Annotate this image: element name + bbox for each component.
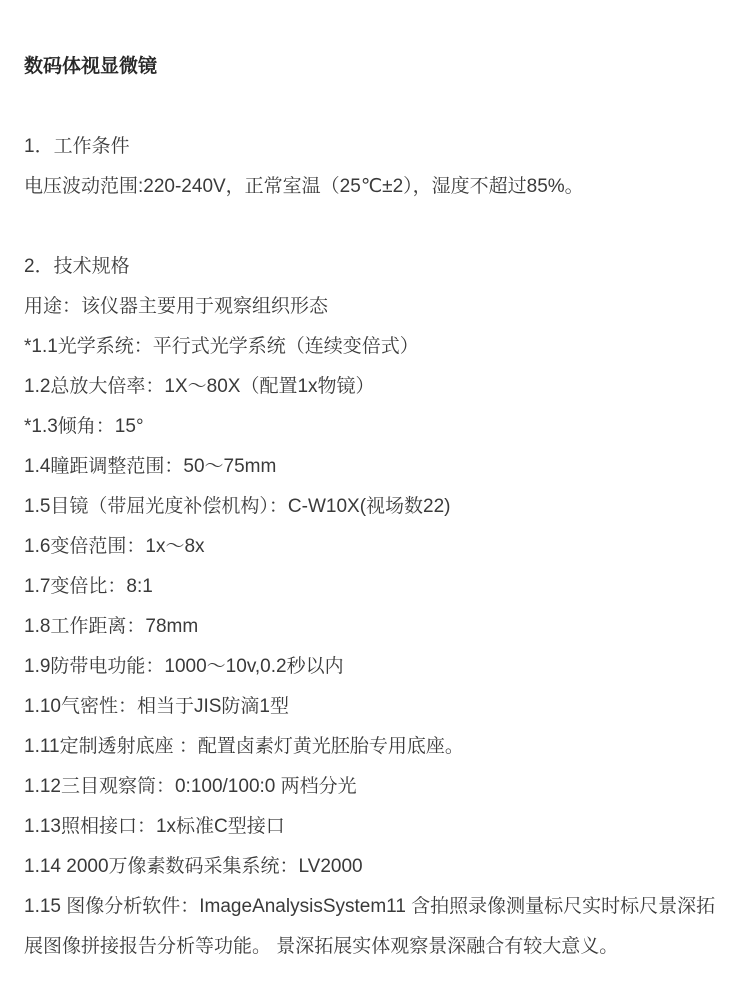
spec-camera-port: 1.13照相接口：1x标准C型接口 (24, 807, 730, 847)
spec-zoom-range: 1.6变倍范围：1x～8x (24, 527, 730, 567)
document-title: 数码体视显微镜 (24, 47, 730, 87)
spec-zoom-ratio: 1.7变倍比：8:1 (24, 567, 730, 607)
spec-voltage-conditions: 电压波动范围:220-240V，正常室温（25℃±2），湿度不超过85%。 (24, 167, 730, 207)
spec-working-distance: 1.8工作距离：78mm (24, 607, 730, 647)
spec-antistatic-function: 1.9防带电功能：1000～10v,0.2秒以内 (24, 647, 730, 687)
spec-trinocular-tube: 1.12三目观察筒：0:100/100:0 两档分光 (24, 767, 730, 807)
spec-airtightness: 1.10气密性：相当于JIS防滴1型 (24, 687, 730, 727)
spec-tilt-angle: *1.3倾角：15° (24, 407, 730, 447)
spec-digital-capture-system: 1.14 2000万像素数码采集系统：LV2000 (24, 847, 730, 887)
spec-pupil-distance-range: 1.4瞳距调整范围：50～75mm (24, 447, 730, 487)
spec-image-analysis-software: 1.15 图像分析软件：ImageAnalysisSystem11 含拍照录像测… (24, 887, 730, 967)
spec-eyepiece: 1.5目镜（带屈光度补偿机构）：C-W10X(视场数22) (24, 487, 730, 527)
document-page: 数码体视显微镜 1．工作条件 电压波动范围:220-240V，正常室温（25℃±… (0, 0, 750, 1008)
spec-optical-system: *1.1光学系统：平行式光学系统（连续变倍式） (24, 327, 730, 367)
spec-transmitted-light-base: 1.11定制透射底座 ：配置卤素灯黄光胚胎专用底座。 (24, 727, 730, 767)
section-heading-working-conditions: 1．工作条件 (24, 127, 730, 167)
section-heading-technical-specs: 2．技术规格 (24, 247, 730, 287)
spec-total-magnification: 1.2总放大倍率：1X～80X（配置1x物镜） (24, 367, 730, 407)
spec-usage: 用途：该仪器主要用于观察组织形态 (24, 287, 730, 327)
